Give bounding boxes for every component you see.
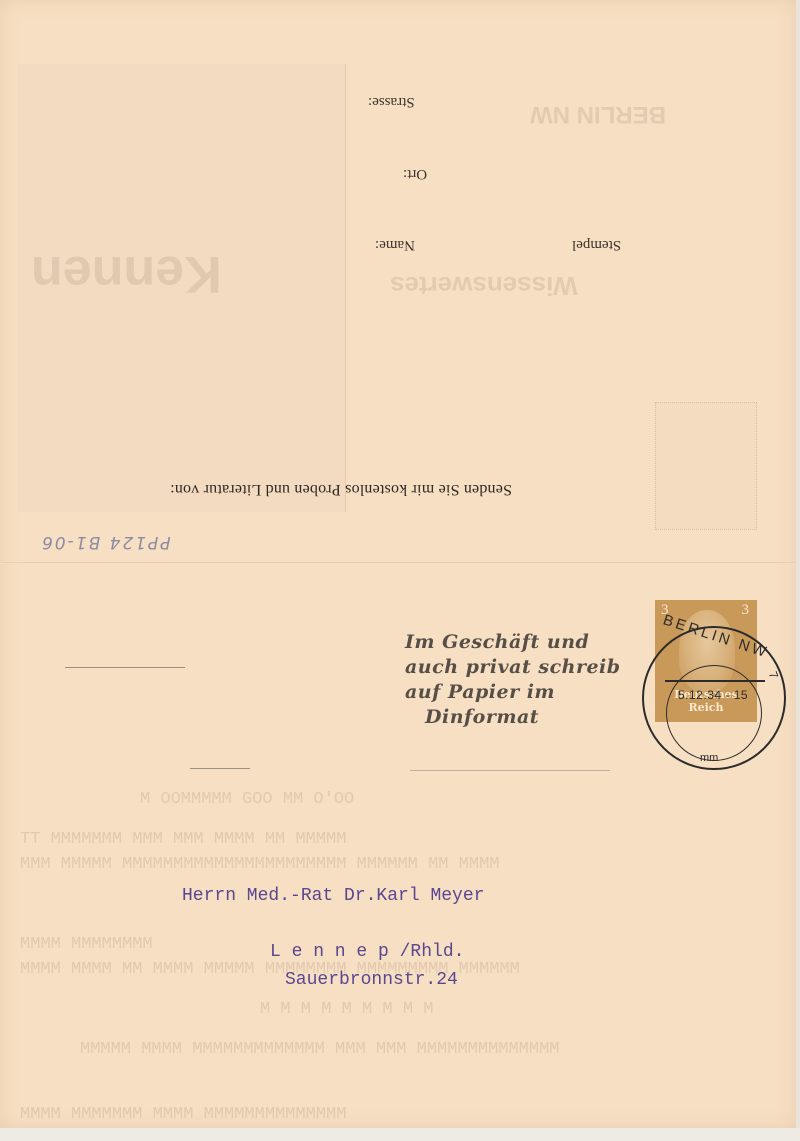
show-through-image-panel: Kennen (17, 64, 346, 512)
postcard: Kennen Wissenswertes BERLIN NW Stempel N… (0, 0, 796, 1128)
show-through-text: BERLIN NW (530, 100, 666, 128)
postmark-date: 5.12.34 - 15 (678, 688, 748, 702)
stamp-box-outline (655, 402, 757, 530)
crease-mark (65, 667, 185, 668)
recipient-name: Herrn Med.-Rat Dr.Karl Meyer (182, 886, 484, 906)
slogan-line: auch privat schreib (405, 655, 630, 680)
reply-half: Kennen Wissenswertes BERLIN NW Stempel N… (0, 0, 796, 562)
slogan-line: auf Papier im (405, 680, 630, 705)
slogan-line: Dinformat (405, 705, 630, 730)
smudge-mark (190, 768, 250, 769)
place-label: Ort: (403, 165, 427, 182)
postmark-code: mm (700, 752, 718, 764)
recipient-city: L e n n e p /Rhld. (270, 942, 464, 962)
stamp-label: Stempel (572, 236, 621, 253)
name-label: Name: (375, 236, 415, 253)
fold-line (0, 562, 796, 564)
pencil-note: PP124 B1-06 (40, 532, 171, 552)
street-label: Strasse: (368, 93, 415, 110)
stamp-value-right: 3 (742, 602, 750, 619)
slogan-underline (410, 770, 610, 771)
scan-edge-right (796, 0, 800, 1128)
scan-edge-bottom (0, 1128, 800, 1141)
recipient-street: Sauerbronnstr.24 (285, 970, 458, 990)
slogan-line: Im Geschäft und (405, 630, 630, 655)
show-through-text: Wissenswertes (390, 270, 578, 301)
slogan-cancellation: Im Geschäft und auch privat schreib auf … (405, 630, 630, 730)
request-line: Senden Sie mir kostenlos Proben und Lite… (170, 480, 512, 498)
postmark-bar (665, 680, 765, 682)
